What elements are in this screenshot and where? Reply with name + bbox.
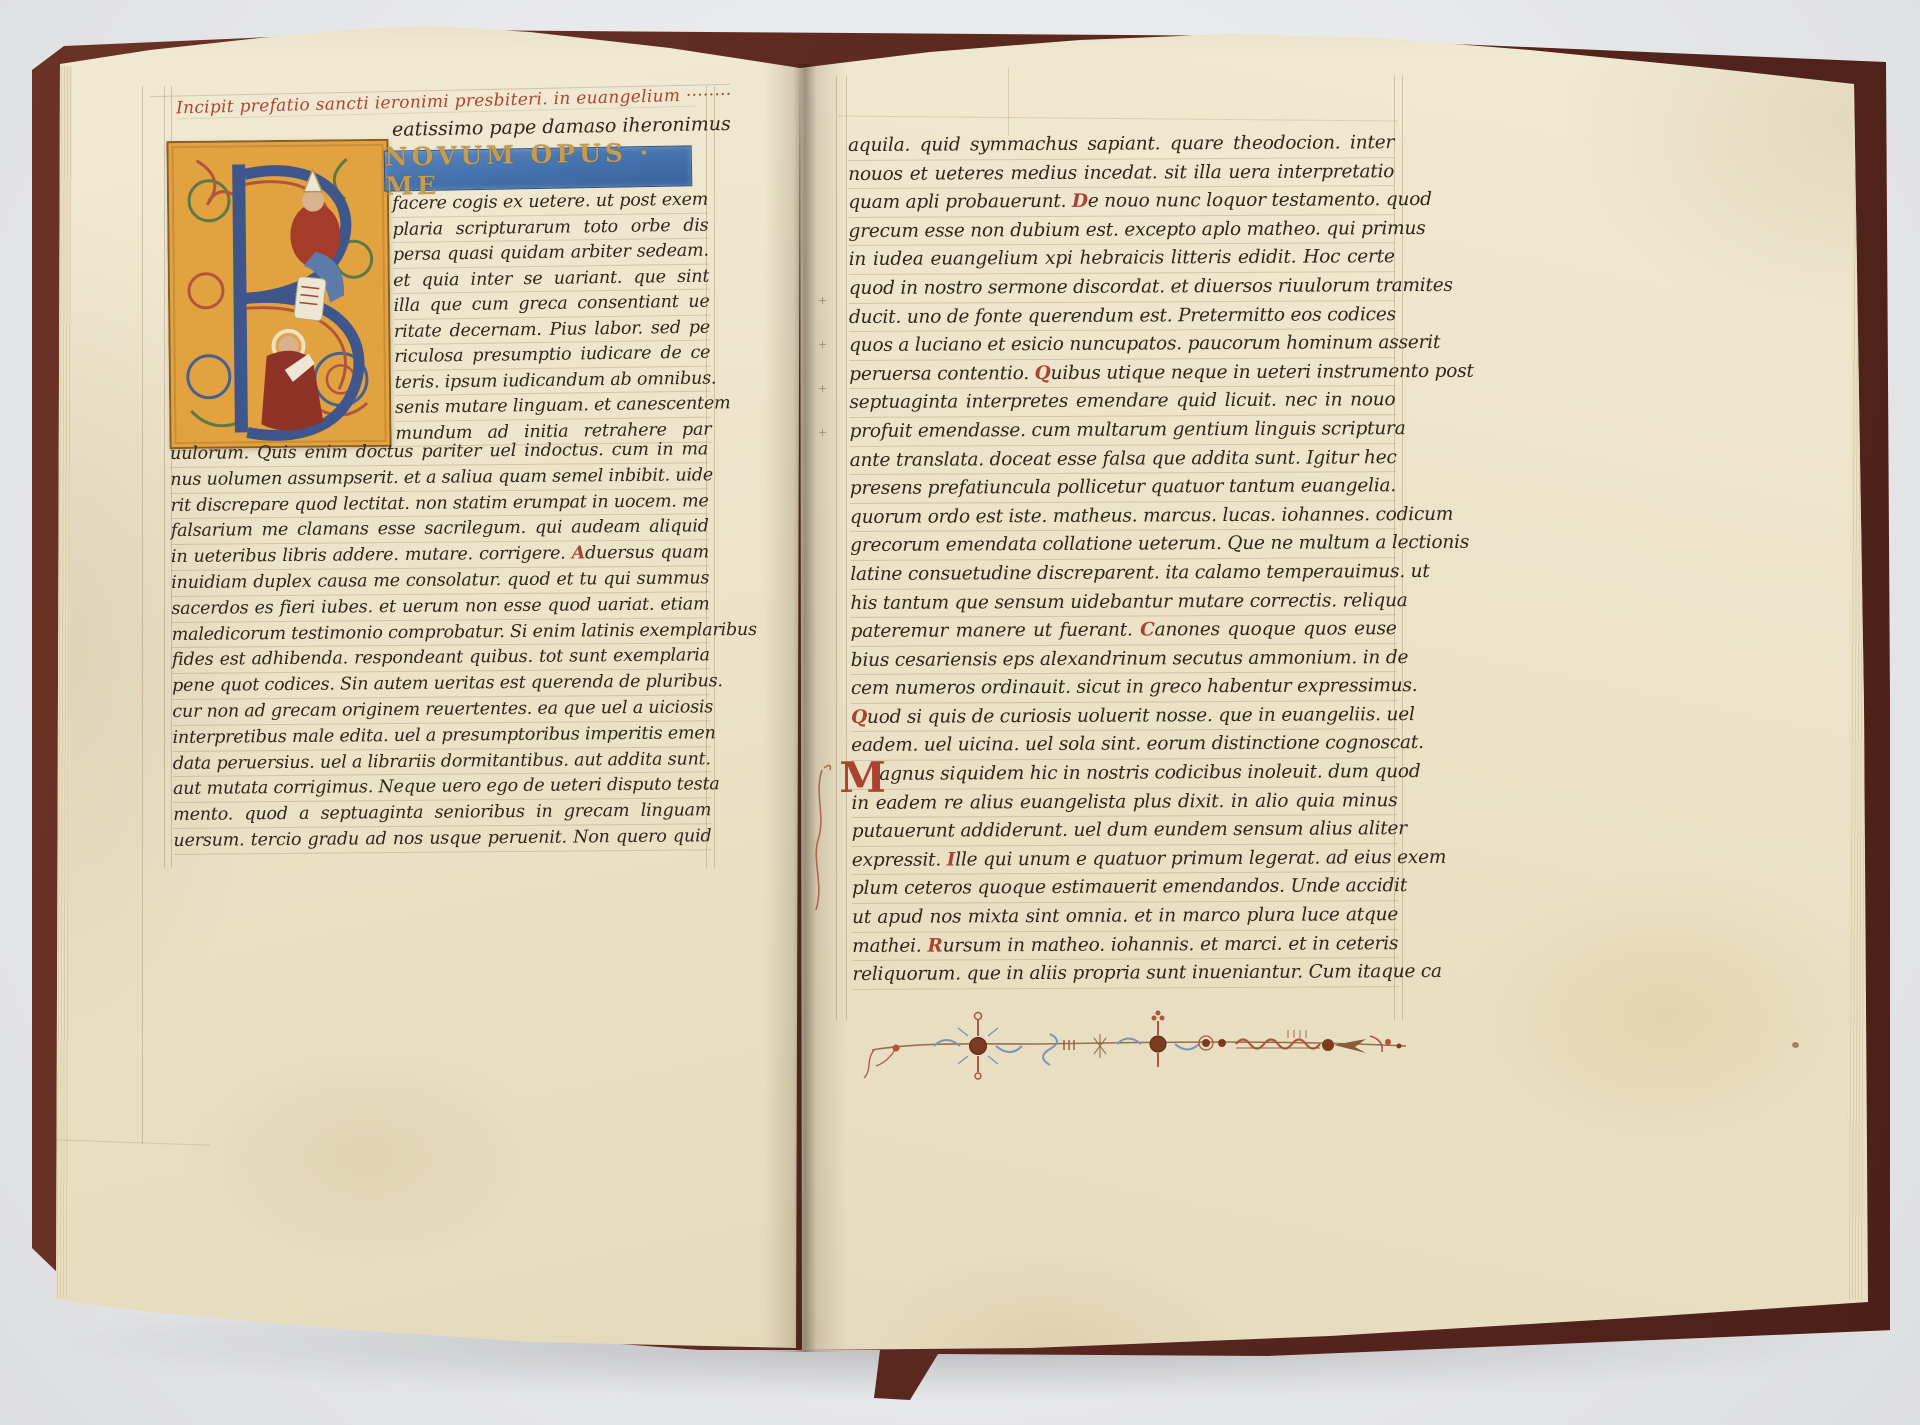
- text-line: nouos et ueteres medius incedat. sit ill…: [848, 158, 1394, 189]
- red-initial: C: [1140, 619, 1155, 640]
- text-line: profuit emendasse. cum multarum gentium …: [849, 415, 1395, 446]
- text-line: quorum ordo est iste. matheus. marcus. l…: [850, 501, 1396, 532]
- paragraph-flourish: [810, 764, 832, 920]
- text-line: ut apud nos mixta sint omnia. et in marc…: [852, 901, 1398, 932]
- red-initial: I: [947, 849, 956, 870]
- red-initial: A: [572, 544, 586, 564]
- text-line: cem numeros ordinauit. sicut in greco ha…: [851, 672, 1397, 703]
- text-line: eadem. uel uicina. uel sola sint. eorum …: [851, 730, 1397, 761]
- pricking-mark: +: [818, 294, 827, 307]
- open-manuscript-book: Incipit prefatio sancti ieronimi presbit…: [30, 6, 1890, 1406]
- text-line: Quod si quis de curiosis uoluerit nosse.…: [851, 701, 1397, 732]
- red-initial: R: [927, 935, 942, 956]
- red-initial: Q: [1035, 363, 1051, 384]
- illuminated-initial-B: [166, 139, 391, 449]
- red-initial: D: [1072, 191, 1088, 212]
- text-line: bius cesariensis eps alexandrinum secutu…: [851, 644, 1397, 675]
- text-line: pateremur manere ut fuerant. Canones quo…: [851, 615, 1397, 646]
- text-line: latine consuetudine discreparent. ita ca…: [850, 558, 1396, 589]
- text-line: quod in nostro sermone discordat. et diu…: [849, 272, 1395, 303]
- pricking-mark: +: [818, 338, 827, 351]
- left-column-text: facere cogis ex uetere. ut post exemplar…: [392, 188, 712, 447]
- text-line: quos a luciano et esicio nuncupatos. pau…: [849, 329, 1395, 360]
- text-line: septuaginta interpretes emendare quid li…: [849, 386, 1395, 417]
- text-line: putauerunt addiderunt. uel dum eundem se…: [852, 815, 1398, 846]
- right-body-text: aquila. quid symmachus sapiant. quare th…: [848, 129, 1398, 990]
- bottom-rule: [50, 1139, 210, 1146]
- text-line: in eadem re alius euangelista plus dixit…: [851, 787, 1397, 818]
- text-line: Magnus siquidem hic in nostris codicibus…: [851, 758, 1397, 789]
- text-line: quam apli probauerunt. De nouo nunc loqu…: [848, 186, 1394, 217]
- red-initial: Q: [851, 707, 867, 728]
- text-line: reliquorum. que in aliis propria sunt in…: [852, 958, 1398, 989]
- text-line: expressit. Ille qui unum e quatuor primu…: [852, 844, 1398, 875]
- margin-rule: [1008, 68, 1009, 136]
- text-line: plum ceteros quoque estimauerit emendand…: [852, 873, 1398, 904]
- pricking-mark: +: [818, 426, 827, 439]
- margin-rule: [164, 86, 165, 868]
- title-banner: NOVUM OPUS · ME: [384, 145, 693, 191]
- text-line: aquila. quid symmachus sapiant. quare th…: [848, 129, 1394, 160]
- tailpiece-flourish: [858, 1006, 1418, 1086]
- margin-rule: [142, 86, 143, 1144]
- left-body-text: uulorum. Quis enim doctus pariter uel in…: [170, 437, 712, 854]
- margin-rule: [714, 86, 715, 868]
- text-line: grecorum emendata collatione ueterum. Qu…: [850, 529, 1396, 560]
- red-initial: M: [839, 757, 886, 799]
- top-rule: [838, 116, 1398, 122]
- text-line: ante translata. doceat esse falsa que ad…: [850, 444, 1396, 475]
- text-line: mathei. Rursum in matheo. iohannis. et m…: [852, 930, 1398, 961]
- text-line: ducit. uno de fonte querendum est. Prete…: [849, 301, 1395, 332]
- text-line: peruersa contentio. Quibus utique neque …: [849, 358, 1395, 389]
- text-line: his tantum que sensum uidebantur mutare …: [850, 587, 1396, 618]
- margin-rule: [836, 76, 837, 1020]
- pricking-mark: +: [818, 382, 827, 395]
- text-line: uersum. tercio gradu ad nos usque peruen…: [173, 824, 711, 854]
- text-line: grecum esse non dubium est. excepto aplo…: [848, 215, 1394, 246]
- text-line: presens prefatiuncula pollicetur quatuor…: [850, 472, 1396, 503]
- text-line: in iudea euangelium xpi hebraicis litter…: [849, 244, 1395, 275]
- vellum-spot: [1792, 1042, 1799, 1048]
- margin-rule: [846, 76, 847, 1020]
